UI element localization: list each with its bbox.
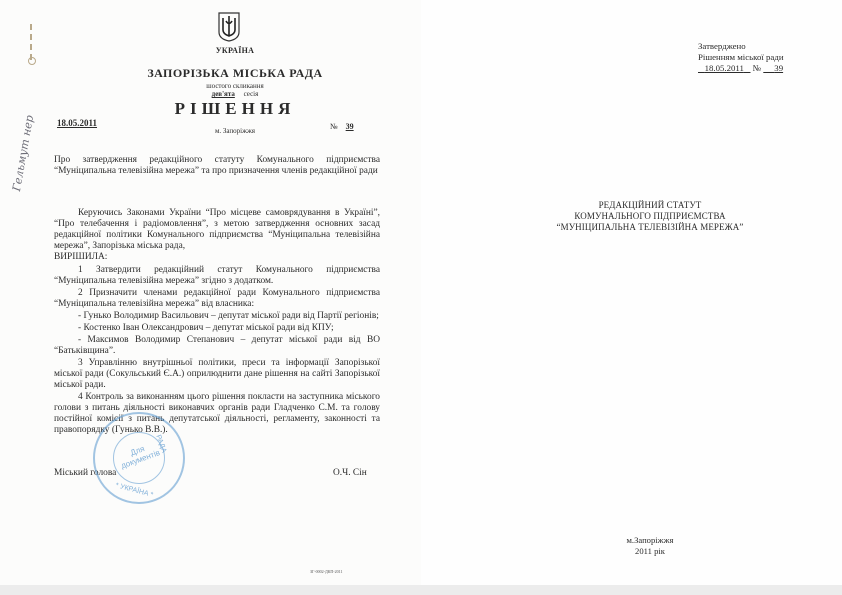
handwritten-margin-note: Гельмут нер — [10, 114, 36, 192]
trident-coat-of-arms-icon — [218, 12, 240, 42]
decision-items: 1 Затвердити редакційний статут Комуналь… — [54, 265, 380, 436]
document-title: РІШЕННЯ — [100, 99, 370, 119]
statute-title-page — [421, 0, 842, 595]
official-stamp: Для документів * УКРАЇНА * РАДА — [93, 412, 185, 504]
decision-item: 3 Управлінню внутрішньої політики, преси… — [54, 358, 380, 391]
approved-number-label: № — [753, 63, 761, 73]
decision-item: 1 Затвердити редакційний статут Комуналь… — [54, 265, 380, 287]
decision-item: - Костенко Іван Олександрович – депутат … — [54, 323, 380, 334]
preamble: Керуючись Законами України “Про місцеве … — [54, 208, 380, 252]
scanned-document-spread: Гельмут нер УКРАЇНА ЗАПОРІЗЬКА МІСЬКА РА… — [0, 0, 842, 595]
statute-line: КОМУНАЛЬНОГО ПІДПРИЄМСТВА — [520, 211, 780, 222]
year: 2011 рік — [600, 546, 700, 557]
approved-label: Затверджено — [698, 41, 784, 52]
session-number: дев'ята — [212, 90, 235, 98]
decision-item: - Максимов Володимир Степанович – депута… — [54, 335, 380, 357]
decision-date: 18.05.2011 — [57, 118, 97, 128]
stamp-ring-text: * УКРАЇНА * — [115, 482, 154, 499]
approved-by: Рішенням міської ради — [698, 52, 784, 63]
resolved-heading: ВИРІШИЛА: — [54, 252, 380, 263]
footer-code: ЗГ-0002-ДКП-2011 — [310, 569, 342, 574]
approved-ref: 18.05.2011 № 39 — [698, 63, 784, 74]
number-label: № — [330, 122, 338, 131]
country-name: УКРАЇНА — [100, 46, 370, 55]
approved-date: 18.05.2011 — [698, 63, 750, 73]
session-line: дев'ята сесія — [100, 90, 370, 98]
staple-ring-icon — [28, 57, 36, 65]
convocation: шостого скликання — [100, 82, 370, 90]
approval-block: Затверджено Рішенням міської ради 18.05.… — [698, 41, 784, 74]
staple-mark-icon — [30, 24, 35, 60]
number-value: 39 — [340, 122, 396, 131]
place-and-year: м.Запоріжжя 2011 рік — [600, 535, 700, 557]
place: м.Запоріжжя — [600, 535, 700, 546]
scan-edge — [0, 585, 842, 595]
session-label: сесія — [244, 90, 259, 98]
decision-page: Гельмут нер УКРАЇНА ЗАПОРІЗЬКА МІСЬКА РА… — [0, 0, 421, 595]
signature-name: О.Ч. Сін — [333, 468, 367, 478]
decision-item: 2 Призначити членами редакційної ради Ко… — [54, 288, 380, 310]
statute-line: РЕДАКЦІЙНИЙ СТАТУТ — [520, 200, 780, 211]
decision-number: № 39 — [330, 122, 396, 131]
statute-line: “МУНІЦИПАЛЬНА ТЕЛЕВІЗІЙНА МЕРЕЖА” — [520, 222, 780, 233]
statute-title: РЕДАКЦІЙНИЙ СТАТУТ КОМУНАЛЬНОГО ПІДПРИЄМ… — [520, 200, 780, 233]
decision-subject: Про затвердження редакційного статуту Ко… — [54, 155, 380, 177]
decision-item: - Гунько Володимир Васильович – депутат … — [54, 311, 380, 322]
council-name: ЗАПОРІЗЬКА МІСЬКА РАДА — [100, 66, 370, 81]
approved-number: 39 — [763, 63, 783, 73]
